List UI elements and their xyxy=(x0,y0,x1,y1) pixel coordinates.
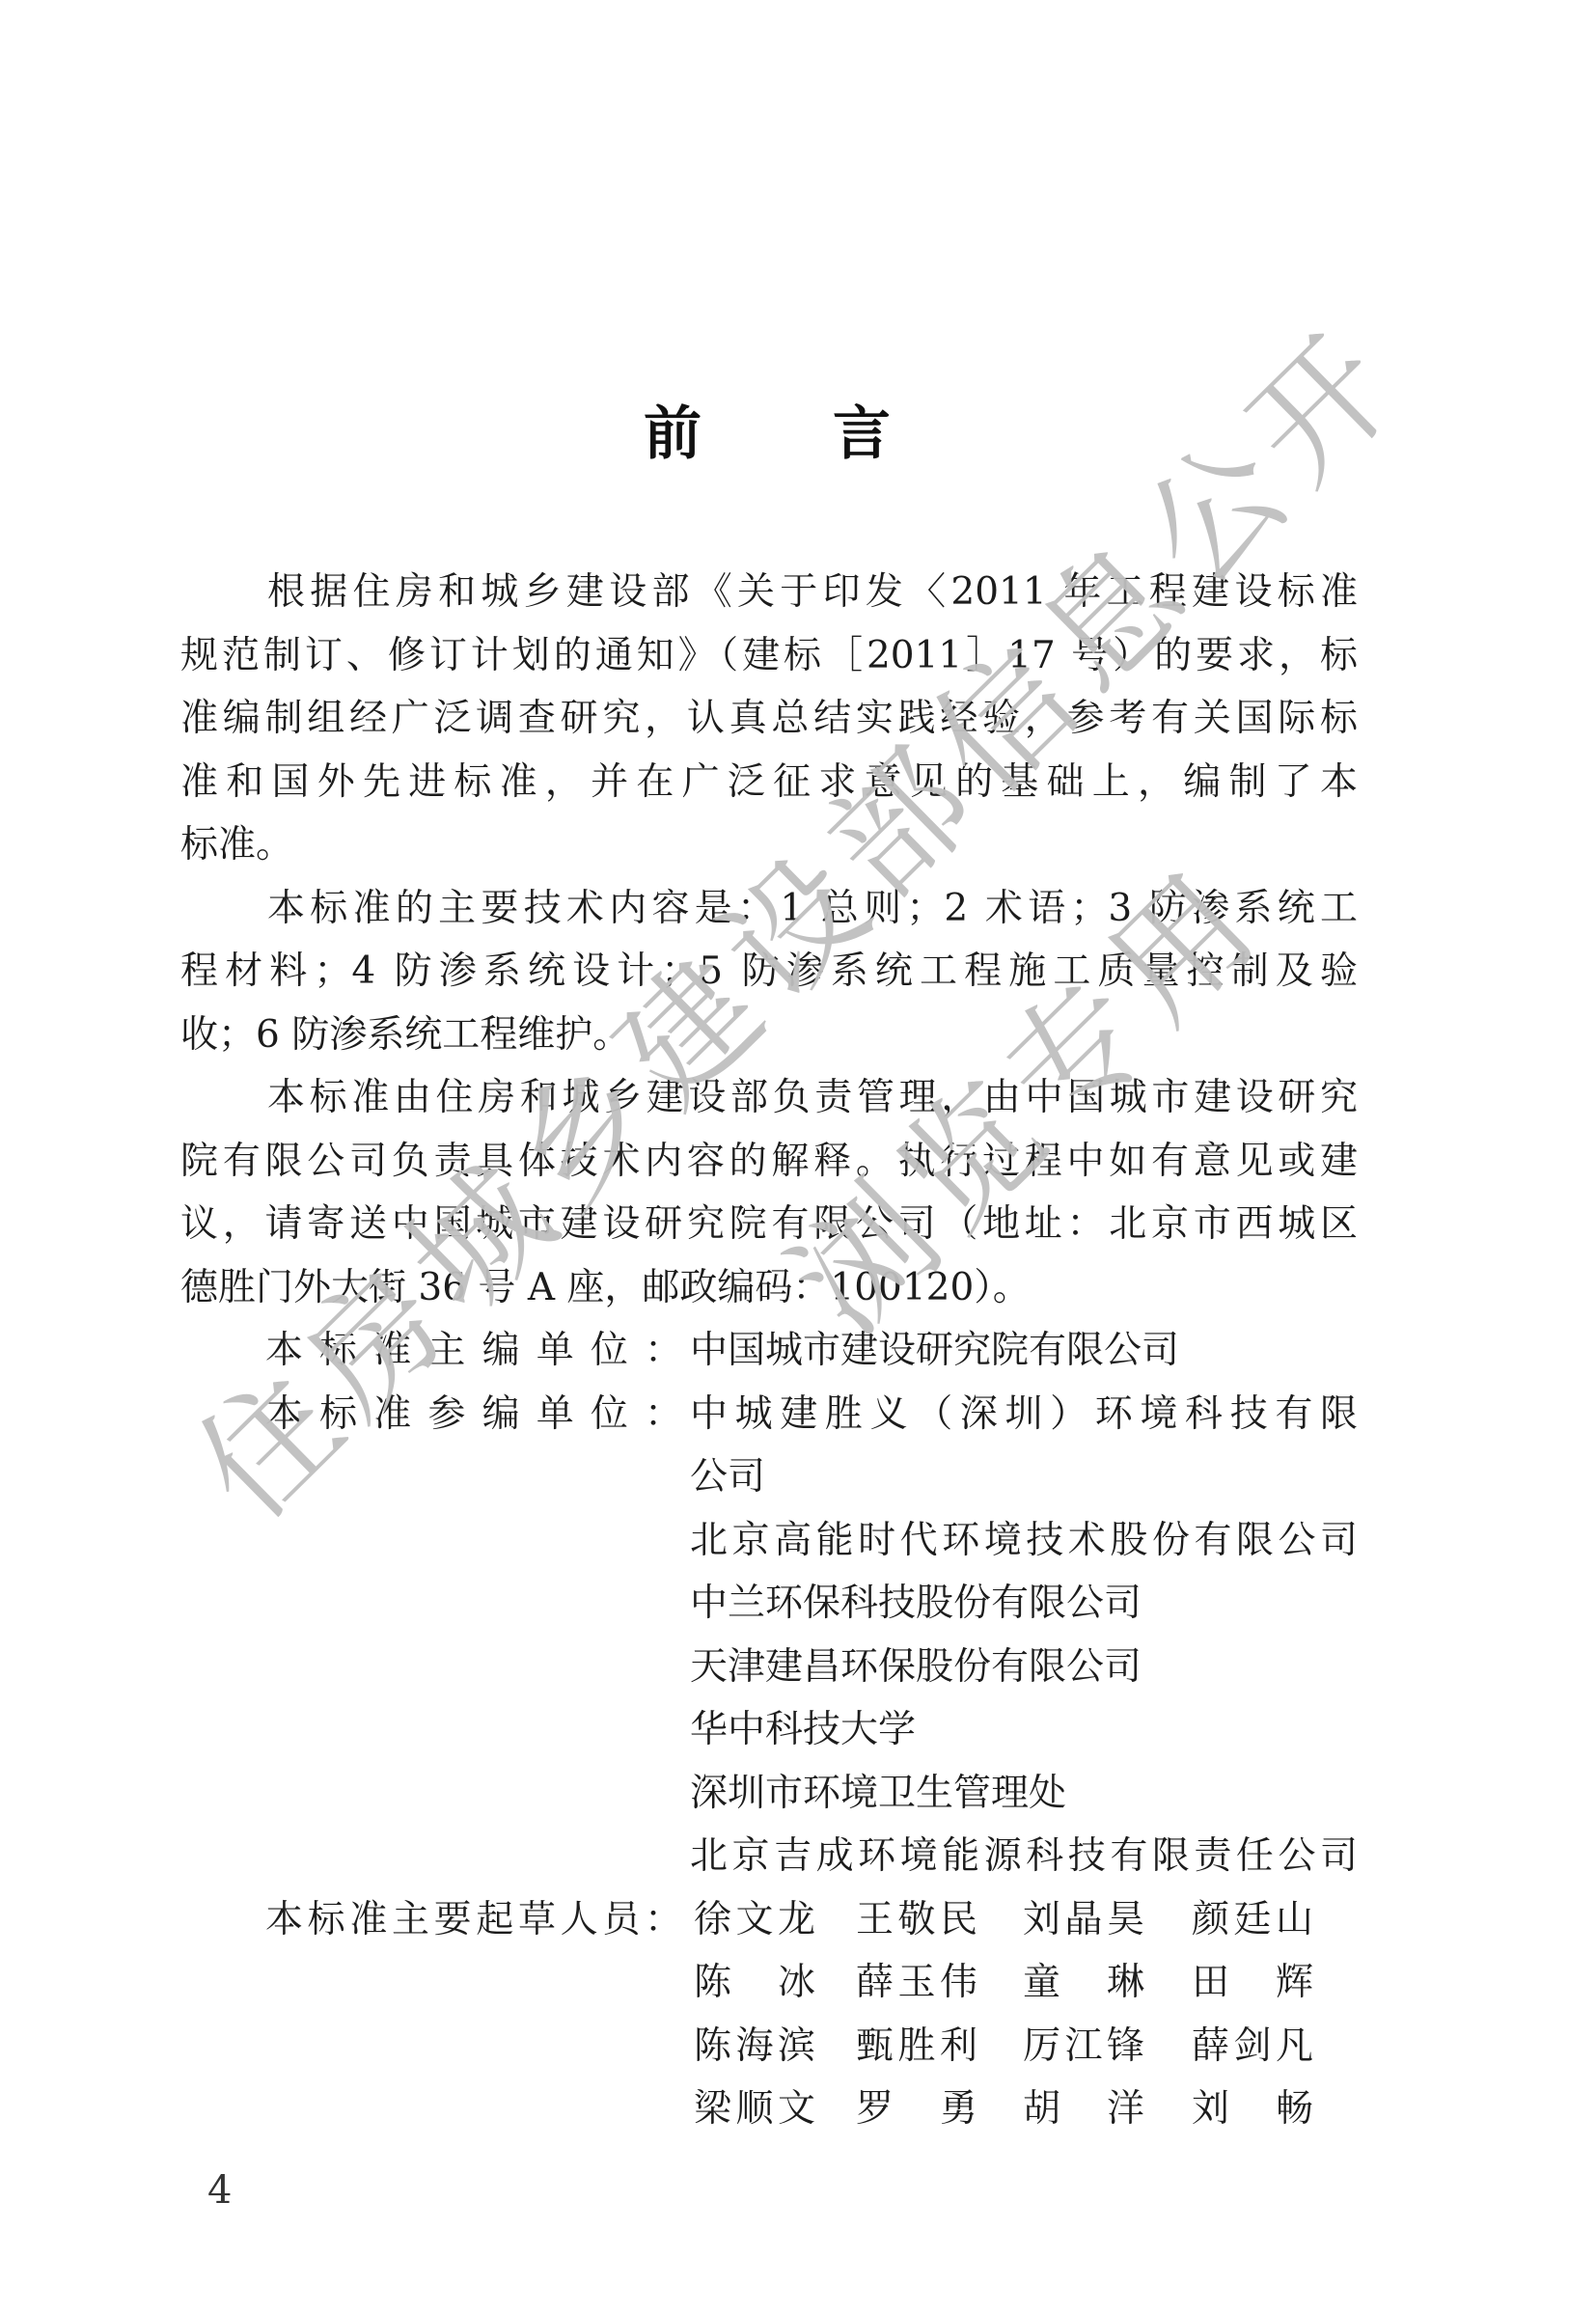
paragraph-1-line-4: 准和国外先进标准，并在广泛征求意见的基础上，编制了本 xyxy=(180,758,1358,807)
title-char-1: 前 xyxy=(644,396,702,473)
paragraph-2-line-1: 本标准的主要技术内容是：1 总则；2 术语；3 防渗系统工 xyxy=(267,885,1358,933)
participating-unit: 公司 xyxy=(690,1453,765,1501)
paragraph-2-line-2: 程材料；4 防渗系统设计；5 防渗系统工程施工质量控制及验 xyxy=(180,948,1358,996)
drafter-name: 甄胜利 xyxy=(856,2023,977,2071)
drafter-name: 罗 勇 xyxy=(856,2085,977,2133)
drafter-name: 胡 洋 xyxy=(1023,2085,1144,2133)
chief-editor-label: 本标准主编单位： xyxy=(265,1327,682,1375)
participating-units-label: 本标准参编单位： xyxy=(265,1390,682,1439)
drafter-name: 徐文龙 xyxy=(694,1896,815,1944)
participating-unit: 天津建昌环保股份有限公司 xyxy=(690,1643,1142,1692)
drafter-name: 梁顺文 xyxy=(694,2085,815,2133)
participating-unit: 北京高能时代环境技术股份有限公司 xyxy=(690,1517,1358,1565)
paragraph-1-line-2: 规范制订、修订计划的通知》（建标［2011］17 号）的要求，标 xyxy=(180,632,1358,680)
drafter-name: 童 琳 xyxy=(1023,1959,1144,2007)
page-number: 4 xyxy=(207,2169,232,2212)
paragraph-3-line-1: 本标准由住房和城乡建设部负责管理，由中国城市建设研究 xyxy=(267,1074,1358,1122)
drafter-name: 王敬民 xyxy=(856,1896,977,1944)
paragraph-1-line-3: 准编制组经广泛调查研究，认真总结实践经验，参考有关国际标 xyxy=(180,695,1358,743)
paragraph-3-line-3: 议，请寄送中国城市建设研究院有限公司（地址：北京市西城区 xyxy=(180,1200,1358,1249)
page-title: 前 言 xyxy=(0,396,1596,473)
drafter-name: 厉江锋 xyxy=(1023,2023,1144,2071)
participating-unit: 华中科技大学 xyxy=(690,1706,916,1754)
participating-unit: 中城建胜义（深圳）环境科技有限 xyxy=(690,1390,1358,1439)
title-char-2: 言 xyxy=(833,396,891,473)
paragraph-3-line-4: 德胜门外大街 36 号 A 座，邮政编码：100120）。 xyxy=(180,1264,1358,1312)
drafters-label: 本标准主要起草人员： xyxy=(265,1896,682,1944)
drafter-name: 颜廷山 xyxy=(1192,1896,1313,1944)
paragraph-1-line-5: 标准。 xyxy=(180,821,1358,869)
drafter-name: 刘 畅 xyxy=(1192,2085,1313,2133)
drafter-name: 薛玉伟 xyxy=(856,1959,977,2007)
drafter-name: 陈海滨 xyxy=(694,2023,815,2071)
participating-unit: 深圳市环境卫生管理处 xyxy=(690,1770,1066,1818)
paragraph-2-line-3: 收；6 防渗系统工程维护。 xyxy=(180,1011,1358,1060)
drafter-name: 田 辉 xyxy=(1192,1959,1313,2007)
participating-unit: 北京吉成环境能源科技有限责任公司 xyxy=(690,1832,1358,1881)
drafter-name: 陈 冰 xyxy=(694,1959,815,2007)
document-page: 前 言 根据住房和城乡建设部《关于印发〈2011 年工程建设标准 规范制订、修订… xyxy=(0,0,1596,2312)
participating-unit: 中兰环保科技股份有限公司 xyxy=(690,1580,1142,1628)
drafter-name: 薛剑凡 xyxy=(1192,2023,1313,2071)
drafter-name: 刘晶昊 xyxy=(1023,1896,1144,1944)
chief-editor-value: 中国城市建设研究院有限公司 xyxy=(690,1327,1179,1375)
paragraph-1-line-1: 根据住房和城乡建设部《关于印发〈2011 年工程建设标准 xyxy=(267,568,1358,617)
paragraph-3-line-2: 院有限公司负责具体技术内容的解释。执行过程中如有意见或建 xyxy=(180,1138,1358,1186)
